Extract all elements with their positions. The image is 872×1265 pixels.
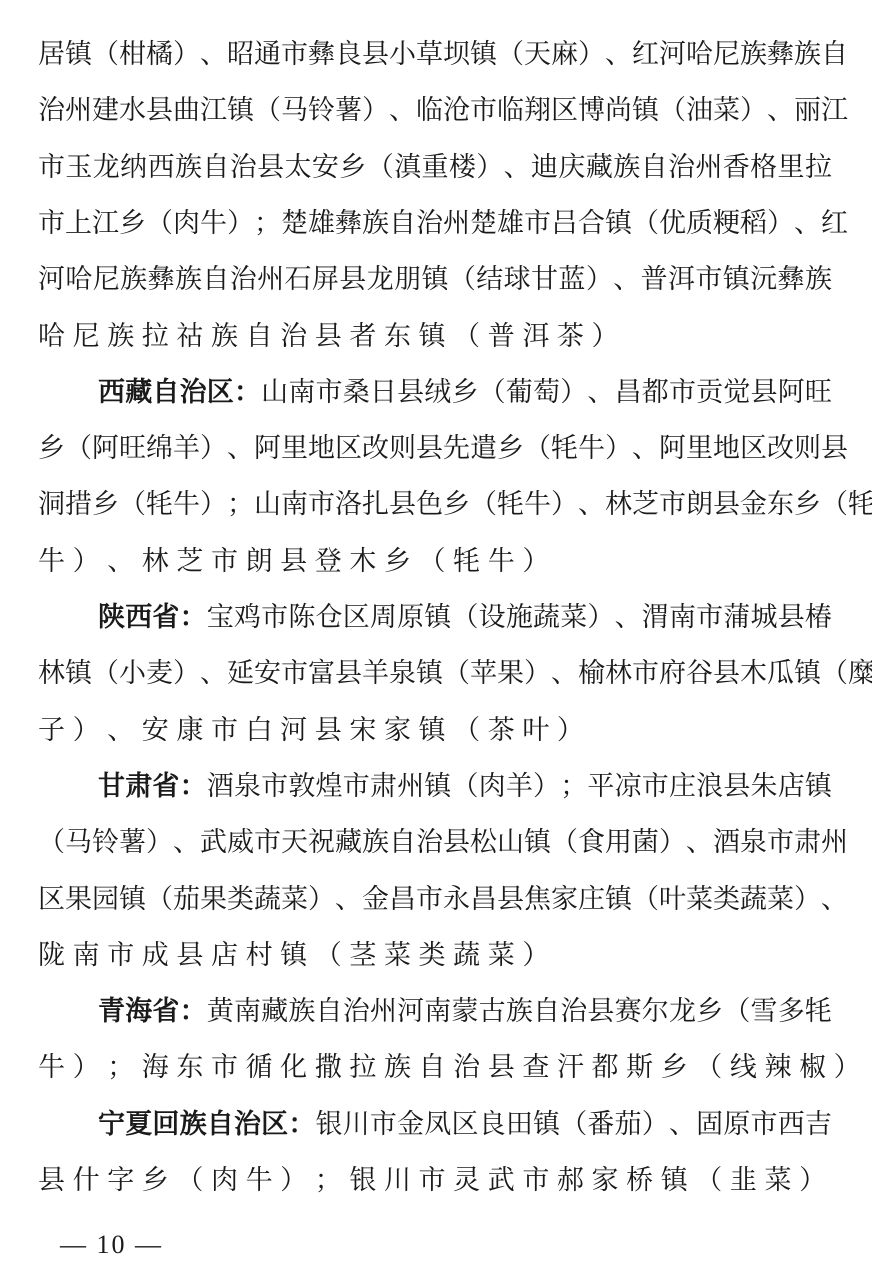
text-char: 市 bbox=[642, 767, 669, 807]
text-char: （ bbox=[367, 148, 394, 188]
text-char: 乡 bbox=[142, 1161, 169, 1201]
text-char: 牦 bbox=[146, 485, 173, 525]
text-char: 子 bbox=[38, 711, 65, 751]
text-char: 木 bbox=[740, 654, 767, 694]
text-char: 县 bbox=[315, 711, 342, 751]
text-char: 甘 bbox=[531, 260, 558, 300]
region-heading-char: 族 bbox=[180, 1105, 207, 1145]
text-char: 、 bbox=[107, 711, 134, 751]
text-char: 、 bbox=[578, 485, 605, 525]
text-char: ） bbox=[551, 485, 578, 525]
text-char: 牛 bbox=[578, 429, 605, 469]
text-char: 里 bbox=[778, 148, 805, 188]
text-char: 安 bbox=[142, 711, 169, 751]
text-char: 族 bbox=[506, 992, 533, 1032]
text-char: 拉 bbox=[142, 317, 169, 357]
text-char: 苹 bbox=[470, 654, 497, 694]
text-char: 平 bbox=[587, 767, 614, 807]
text-char: 自 bbox=[316, 992, 343, 1032]
text-char: 区 bbox=[335, 429, 362, 469]
text-char: 陈 bbox=[288, 598, 315, 638]
text-char: 朗 bbox=[246, 542, 273, 582]
text-char: （ bbox=[560, 1105, 587, 1145]
text-char: 田 bbox=[506, 1105, 533, 1145]
text-char: 龙 bbox=[367, 260, 394, 300]
text-char: 泉 bbox=[740, 823, 767, 863]
text-char: 镇 bbox=[421, 260, 448, 300]
text-char: 、 bbox=[504, 148, 531, 188]
text-char: 治 bbox=[280, 317, 307, 357]
text-char: 自 bbox=[246, 317, 273, 357]
text-char: 东 bbox=[384, 317, 411, 357]
text-char: 市 bbox=[254, 823, 281, 863]
text-char: 西 bbox=[778, 1105, 805, 1145]
text-char: 谷 bbox=[686, 654, 713, 694]
text-char: 地 bbox=[713, 429, 740, 469]
text-char: 治 bbox=[38, 91, 65, 131]
text-char: 昭 bbox=[227, 35, 254, 75]
text-char: 草 bbox=[416, 35, 443, 75]
text-char: 薯 bbox=[335, 91, 362, 131]
text-char: 、 bbox=[587, 373, 614, 413]
text-char: 龙 bbox=[93, 148, 120, 188]
text-char: 施 bbox=[506, 598, 533, 638]
text-char: 镇 bbox=[632, 91, 659, 131]
text-char: 河 bbox=[659, 35, 686, 75]
text-char: 设 bbox=[479, 598, 506, 638]
text-char: 化 bbox=[280, 1048, 307, 1088]
text-char: 南 bbox=[669, 598, 696, 638]
text-char: （ bbox=[497, 35, 524, 75]
text-char: 朗 bbox=[686, 485, 713, 525]
text-char: 菜 bbox=[713, 91, 740, 131]
text-char: （ bbox=[470, 485, 497, 525]
text-char: 菜 bbox=[488, 936, 515, 976]
text-char: 敦 bbox=[288, 767, 315, 807]
text-char: （ bbox=[146, 880, 173, 920]
text-char: 南 bbox=[234, 992, 261, 1032]
text-char: 贡 bbox=[696, 373, 723, 413]
text-char: 自 bbox=[389, 204, 416, 244]
text-char: 镇 bbox=[470, 35, 497, 75]
text-char: 林 bbox=[605, 654, 632, 694]
region-heading-char: 甘 bbox=[98, 767, 125, 807]
region-heading-char: 治 bbox=[180, 373, 207, 413]
text-char: 木 bbox=[349, 542, 376, 582]
text-char: 治 bbox=[230, 148, 257, 188]
text-char: 县 bbox=[38, 1161, 65, 1201]
text-char: 榆 bbox=[578, 654, 605, 694]
text-char: 哈 bbox=[686, 35, 713, 75]
text-char: 金 bbox=[397, 1105, 424, 1145]
text-line: 牛）；海东市循化撒拉族自治县查汗都斯乡（线辣椒） bbox=[38, 1048, 832, 1088]
text-char: （ bbox=[695, 1048, 722, 1088]
text-char: 藏 bbox=[335, 823, 362, 863]
text-char: 茎 bbox=[349, 936, 376, 976]
text-char: 洛 bbox=[335, 485, 362, 525]
text-char: 萄 bbox=[533, 373, 560, 413]
text-char: 拉 bbox=[349, 1048, 376, 1088]
region-heading-char: 区 bbox=[261, 1105, 288, 1145]
text-char: 镇 bbox=[605, 204, 632, 244]
text-char: 柑 bbox=[119, 35, 146, 75]
region-heading-char: 回 bbox=[152, 1105, 179, 1145]
text-char: 古 bbox=[479, 992, 506, 1032]
text-char: ） bbox=[642, 1105, 669, 1145]
text-char: （ bbox=[451, 598, 478, 638]
text-char: 族 bbox=[211, 317, 238, 357]
text-char: 江 bbox=[92, 204, 119, 244]
text-char: 天 bbox=[524, 35, 551, 75]
page-number: — 10 — bbox=[60, 1228, 163, 1262]
text-char: ； bbox=[227, 485, 254, 525]
text-char: 蔬 bbox=[740, 880, 767, 920]
text-char: 自 bbox=[821, 35, 848, 75]
text-char: ） bbox=[146, 823, 173, 863]
text-line: 乡（阿旺绵羊）、阿里地区改则县先遣乡（牦牛）、阿里地区改则县 bbox=[38, 429, 832, 469]
text-char: 县 bbox=[176, 936, 203, 976]
text-char: （ bbox=[695, 1161, 722, 1201]
text-char: 市 bbox=[669, 373, 696, 413]
region-heading-char: ： bbox=[288, 1105, 315, 1145]
region-heading-char: 省 bbox=[152, 767, 179, 807]
text-char: 族 bbox=[794, 35, 821, 75]
text-char: （ bbox=[723, 992, 750, 1032]
text-char: 椿 bbox=[805, 598, 832, 638]
text-char: 县 bbox=[497, 880, 524, 920]
text-char: 水 bbox=[119, 91, 146, 131]
text-char: 县 bbox=[335, 654, 362, 694]
text-char: 循 bbox=[246, 1048, 273, 1088]
text-char: 县 bbox=[280, 542, 307, 582]
text-char: 、 bbox=[227, 429, 254, 469]
text-char: （ bbox=[524, 429, 551, 469]
text-char: （ bbox=[146, 204, 173, 244]
text-char: ） bbox=[794, 880, 821, 920]
text-char: 、 bbox=[794, 204, 821, 244]
text-char: 东 bbox=[176, 1048, 203, 1088]
text-char: 区 bbox=[343, 598, 370, 638]
text-char: 芝 bbox=[176, 542, 203, 582]
text-char: 用 bbox=[605, 823, 632, 863]
text-char: 阿 bbox=[92, 429, 119, 469]
text-char: 牦 bbox=[805, 992, 832, 1032]
text-char: 市 bbox=[524, 204, 551, 244]
text-char: 糜 bbox=[848, 654, 872, 694]
text-char: 先 bbox=[443, 429, 470, 469]
text-char: 治 bbox=[560, 992, 587, 1032]
text-char: 牦 bbox=[497, 485, 524, 525]
text-char: 镇 bbox=[65, 35, 92, 75]
text-char: 宋 bbox=[349, 711, 376, 751]
text-char: 州 bbox=[821, 823, 848, 863]
text-char: 市 bbox=[767, 823, 794, 863]
text-char: 镇 bbox=[794, 654, 821, 694]
text-char: 玉 bbox=[65, 148, 92, 188]
text-char: ） bbox=[605, 429, 632, 469]
text-char: 油 bbox=[686, 91, 713, 131]
region-heading-char: 藏 bbox=[125, 373, 152, 413]
text-char: 店 bbox=[211, 936, 238, 976]
text-char: 镇 bbox=[424, 767, 451, 807]
text-char: 海 bbox=[142, 1048, 169, 1088]
text-line: 西藏自治区：山南市桑日县绒乡（葡萄）、昌都市贡觉县阿旺 bbox=[98, 373, 832, 413]
text-char: 椒 bbox=[799, 1048, 826, 1088]
text-char: （ bbox=[479, 373, 506, 413]
text-char: 丽 bbox=[794, 91, 821, 131]
text-char: 牛 bbox=[488, 542, 515, 582]
text-char: 食 bbox=[578, 823, 605, 863]
text-char: 林 bbox=[38, 654, 65, 694]
text-line: 河哈尼族彝族自治州石屏县龙朋镇（结球甘蓝）、普洱市镇沅彝族 bbox=[38, 260, 832, 300]
text-char: 良 bbox=[335, 35, 362, 75]
text-char: 族 bbox=[175, 260, 202, 300]
text-char: 焦 bbox=[524, 880, 551, 920]
text-char: 稻 bbox=[740, 204, 767, 244]
text-char: 辣 bbox=[764, 1048, 791, 1088]
text-char: 蔬 bbox=[453, 936, 480, 976]
text-char: ） bbox=[740, 91, 767, 131]
text-char: 林 bbox=[605, 485, 632, 525]
text-char: 市 bbox=[211, 711, 238, 751]
text-char: 肉 bbox=[211, 1161, 238, 1201]
text-char: 镇 bbox=[416, 654, 443, 694]
text-char: 牛 bbox=[38, 542, 65, 582]
text-char: 市 bbox=[261, 767, 288, 807]
text-char: ） bbox=[476, 148, 503, 188]
text-char: 市 bbox=[522, 1161, 549, 1201]
text-char: 市 bbox=[316, 373, 343, 413]
text-char: 庄 bbox=[669, 767, 696, 807]
text-char: 菜 bbox=[281, 880, 308, 920]
text-char: 县 bbox=[362, 35, 389, 75]
text-char: 色 bbox=[416, 485, 443, 525]
text-char: ） bbox=[587, 598, 614, 638]
text-char: 市 bbox=[751, 1105, 778, 1145]
text-char: 镇 bbox=[805, 767, 832, 807]
text-char: （ bbox=[821, 654, 848, 694]
text-char: （ bbox=[821, 485, 848, 525]
text-char: 昌 bbox=[389, 880, 416, 920]
text-char: 芝 bbox=[632, 485, 659, 525]
text-char: 菜 bbox=[764, 1161, 791, 1201]
text-char: 牛 bbox=[173, 485, 200, 525]
text-char: 州 bbox=[443, 204, 470, 244]
text-char: 州 bbox=[257, 260, 284, 300]
text-char: 里 bbox=[686, 429, 713, 469]
text-char: （ bbox=[92, 654, 119, 694]
text-char: 洱 bbox=[522, 317, 549, 357]
text-char: 乡 bbox=[384, 542, 411, 582]
text-char: 菌 bbox=[632, 823, 659, 863]
text-char: 凉 bbox=[615, 767, 642, 807]
text-char: 普 bbox=[488, 317, 515, 357]
text-char: 镇 bbox=[419, 711, 446, 751]
text-char: 川 bbox=[384, 1161, 411, 1201]
text-char: 、 bbox=[669, 1105, 696, 1145]
text-char: 乡 bbox=[451, 373, 478, 413]
text-char: 措 bbox=[65, 485, 92, 525]
text-char: 薯 bbox=[119, 823, 146, 863]
text-char: 、 bbox=[389, 91, 416, 131]
text-char: 家 bbox=[551, 880, 578, 920]
text-char: （ bbox=[632, 204, 659, 244]
text-char: 村 bbox=[246, 936, 273, 976]
region-heading-char: 宁 bbox=[98, 1105, 125, 1145]
text-char: 结 bbox=[476, 260, 503, 300]
text-char: 煌 bbox=[316, 767, 343, 807]
text-char: 格 bbox=[750, 148, 777, 188]
text-char: 、 bbox=[605, 35, 632, 75]
text-char: 楚 bbox=[470, 204, 497, 244]
text-char: 治 bbox=[343, 992, 370, 1032]
text-char: 麦 bbox=[146, 654, 173, 694]
text-char: 滇 bbox=[394, 148, 421, 188]
text-char: ） bbox=[173, 654, 200, 694]
text-char: 果 bbox=[65, 880, 92, 920]
text-char: 坝 bbox=[443, 35, 470, 75]
text-char: 蒙 bbox=[451, 992, 478, 1032]
text-char: （ bbox=[632, 880, 659, 920]
text-char: 镇 bbox=[424, 598, 451, 638]
text-char: 治 bbox=[416, 204, 443, 244]
text-char: 乡 bbox=[119, 204, 146, 244]
text-char: 扎 bbox=[362, 485, 389, 525]
text-char: 白 bbox=[246, 711, 273, 751]
text-char: 尔 bbox=[642, 992, 669, 1032]
text-char: 雪 bbox=[751, 992, 778, 1032]
region-heading-char: 夏 bbox=[125, 1105, 152, 1145]
text-char: 绒 bbox=[424, 373, 451, 413]
text-char: 庆 bbox=[558, 148, 585, 188]
text-char: （ bbox=[659, 91, 686, 131]
text-char: 市 bbox=[470, 91, 497, 131]
text-char: （ bbox=[551, 823, 578, 863]
text-char: 家 bbox=[384, 711, 411, 751]
text-char: 市 bbox=[632, 654, 659, 694]
text-char: 赛 bbox=[615, 992, 642, 1032]
text-line: 市上江乡（肉牛）；楚雄彝族自治州楚雄市吕合镇（优质粳稻）、红 bbox=[38, 204, 832, 244]
text-char: 市 bbox=[38, 204, 65, 244]
text-char: 牦 bbox=[848, 485, 872, 525]
text-char: 改 bbox=[362, 429, 389, 469]
text-char: 县 bbox=[778, 598, 805, 638]
text-char: 、 bbox=[200, 35, 227, 75]
text-char: 泉 bbox=[234, 767, 261, 807]
text-char: 天 bbox=[281, 823, 308, 863]
text-char: 市 bbox=[107, 936, 134, 976]
text-char: 族 bbox=[107, 317, 134, 357]
text-char: 郝 bbox=[557, 1161, 584, 1201]
text-char: 镇 bbox=[524, 823, 551, 863]
text-char: 乡 bbox=[794, 485, 821, 525]
text-char: 马 bbox=[281, 91, 308, 131]
text-char: 彝 bbox=[148, 260, 175, 300]
text-char: 牛 bbox=[524, 485, 551, 525]
text-char: 延 bbox=[227, 654, 254, 694]
text-char: 彝 bbox=[308, 35, 335, 75]
text-char: ） bbox=[200, 485, 227, 525]
document-page: — 10 — 居镇（柑橘）、昭通市彝良县小草坝镇（天麻）、红河哈尼族彝族自治州建… bbox=[0, 0, 872, 1265]
text-char: 富 bbox=[308, 654, 335, 694]
text-char: 镇 bbox=[533, 1105, 560, 1145]
region-heading-char: 西 bbox=[125, 598, 152, 638]
text-char: 日 bbox=[370, 373, 397, 413]
text-char: 类 bbox=[419, 936, 446, 976]
text-char: 牛 bbox=[200, 204, 227, 244]
text-char: ） bbox=[173, 35, 200, 75]
text-char: 尼 bbox=[713, 35, 740, 75]
text-char: ） bbox=[227, 204, 254, 244]
text-char: 菜 bbox=[560, 598, 587, 638]
text-char: 鸡 bbox=[234, 598, 261, 638]
text-char: 蓝 bbox=[558, 260, 585, 300]
text-char: 茶 bbox=[488, 711, 515, 751]
text-char: 撒 bbox=[315, 1048, 342, 1088]
text-char: 、 bbox=[615, 598, 642, 638]
text-char: 县 bbox=[751, 373, 778, 413]
text-line: 陕西省：宝鸡市陈仓区周原镇（设施蔬菜）、渭南市蒲城县椿 bbox=[98, 598, 832, 638]
text-char: 、 bbox=[551, 654, 578, 694]
text-char: 川 bbox=[343, 1105, 370, 1145]
text-char: 蒲 bbox=[723, 598, 750, 638]
text-char: 原 bbox=[723, 1105, 750, 1145]
text-char: 河 bbox=[38, 260, 65, 300]
text-char: 市 bbox=[419, 1161, 446, 1201]
text-char: 线 bbox=[730, 1048, 757, 1088]
text-char: 朱 bbox=[751, 767, 778, 807]
text-char: 族 bbox=[288, 992, 315, 1032]
text-char: 山 bbox=[497, 823, 524, 863]
region-heading-char: 陕 bbox=[98, 598, 125, 638]
text-char: 自 bbox=[641, 148, 668, 188]
text-char: 重 bbox=[421, 148, 448, 188]
text-char: 族 bbox=[120, 260, 147, 300]
text-char: 南 bbox=[288, 373, 315, 413]
text-char: 朋 bbox=[394, 260, 421, 300]
text-line: 青海省：黄南藏族自治州河南蒙古族自治县赛尔龙乡（雪多牦 bbox=[98, 992, 832, 1032]
text-char: 成 bbox=[142, 936, 169, 976]
text-char: 族 bbox=[805, 260, 832, 300]
text-char: 洱 bbox=[668, 260, 695, 300]
text-char: 则 bbox=[794, 429, 821, 469]
text-char: （ bbox=[119, 485, 146, 525]
text-char: 迪 bbox=[531, 148, 558, 188]
text-char: 林 bbox=[142, 542, 169, 582]
text-char: 河 bbox=[280, 711, 307, 751]
text-char: 山 bbox=[254, 485, 281, 525]
text-char: （ bbox=[419, 542, 446, 582]
text-char: 旺 bbox=[805, 373, 832, 413]
text-char: 族 bbox=[384, 1048, 411, 1088]
text-char: 家 bbox=[592, 1161, 619, 1201]
text-char: 县 bbox=[257, 148, 284, 188]
text-char: （ bbox=[92, 35, 119, 75]
text-char: 市 bbox=[281, 654, 308, 694]
text-char: 乡 bbox=[38, 429, 65, 469]
text-char: 东 bbox=[767, 485, 794, 525]
text-char: 上 bbox=[65, 204, 92, 244]
text-char: 西 bbox=[148, 148, 175, 188]
text-char: 蔬 bbox=[254, 880, 281, 920]
text-char: 查 bbox=[522, 1048, 549, 1088]
text-char: 治 bbox=[668, 148, 695, 188]
text-char: 登 bbox=[315, 542, 342, 582]
text-char: 自 bbox=[389, 823, 416, 863]
text-line: 甘肃省：酒泉市敦煌市肃州镇（肉羊）；平凉市庄浪县朱店镇 bbox=[98, 767, 832, 807]
text-line: 市玉龙纳西族自治县太安乡（滇重楼）、迪庆藏族自治州香格里拉 bbox=[38, 148, 832, 188]
text-char: 族 bbox=[740, 35, 767, 75]
